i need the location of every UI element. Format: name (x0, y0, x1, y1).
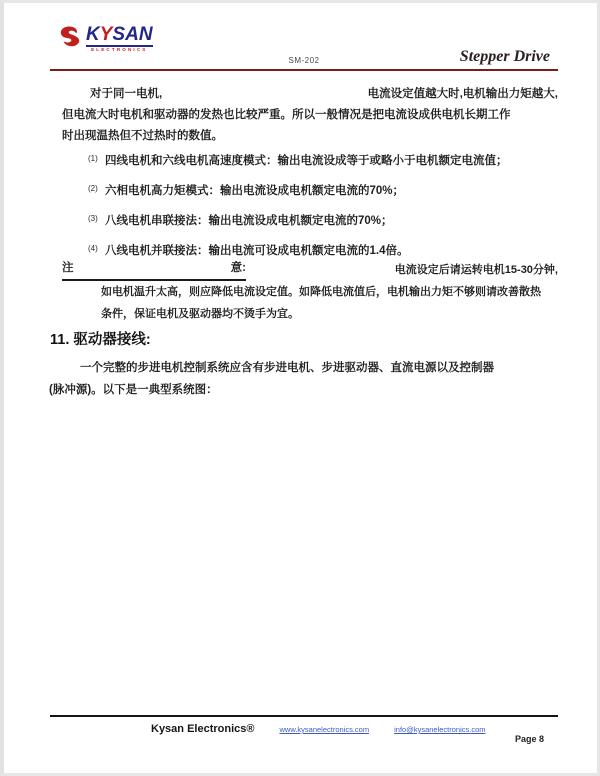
footer: Kysan Electronics® www.kysanelectronics.… (50, 723, 558, 735)
paragraph-current-setting: 对于同一电机, 电流设定值越大时,电机输出力矩越大, 但电流大时电机和驱动器的发… (62, 84, 558, 147)
list-text: 八线电机串联接法：输出电流设成电机额定电流的70%； (105, 212, 393, 228)
header-divider (50, 69, 558, 71)
note-label: 注 意: (62, 257, 246, 281)
footer-email-link[interactable]: info@kysanelectronics.com (394, 725, 485, 734)
list-marker: (2) (88, 182, 105, 193)
note-label-left: 注 (62, 257, 74, 279)
kysan-logo: KYSAN ELECTRONICS (57, 25, 157, 53)
logo-subtext: ELECTRONICS (86, 45, 153, 53)
note-block: 注 意: 电流设定后请运转电机15-30分钟, 如电机温升太高，则应降低电流设定… (62, 257, 558, 325)
section11-line2: (脉冲源)。以下是一典型系统图： (49, 379, 559, 401)
para1-line3: 时出现温热但不过热时的数值。 (62, 126, 558, 147)
note-line3: 条件，保证电机及驱动器均不烫手为宜。 (62, 303, 558, 325)
current-setting-list: (1) 四线电机和六线电机高速度模式：输出电流设成等于或略小于电机额定电流值； … (88, 152, 558, 272)
list-marker: (4) (88, 242, 105, 253)
section-heading-11: 11. 驱动器接线: (50, 328, 151, 349)
para1-line1-right: 电流设定值越大时,电机输出力矩越大, (368, 84, 558, 105)
list-item: (1) 四线电机和六线电机高速度模式：输出电流设成等于或略小于电机额定电流值； (88, 152, 558, 182)
logo-brand-text: KYSAN (86, 25, 153, 44)
document-title: Stepper Drive (460, 48, 550, 66)
note-line2: 如电机温升太高，则应降低电流设定值。如降低电流值后，电机输出力矩不够则请改善散热 (62, 281, 558, 303)
list-item: (2) 六相电机高力矩模式：输出电流设成电机额定电流的70%； (88, 182, 558, 212)
kysan-swirl-icon (57, 25, 83, 51)
footer-company-name: Kysan Electronics® (151, 723, 254, 735)
list-marker: (3) (88, 212, 105, 223)
footer-divider (50, 715, 558, 717)
para1-line2: 但电流大时电机和驱动器的发热也比较严重。所以一般情况是把电流设成供电机长期工作 (62, 105, 558, 126)
list-marker: (1) (88, 152, 105, 163)
list-item: (3) 八线电机串联接法：输出电流设成电机额定电流的70%； (88, 212, 558, 242)
list-text: 六相电机高力矩模式：输出电流设成电机额定电流的70%； (105, 182, 404, 198)
document-page: KYSAN ELECTRONICS SM-202 Stepper Drive 对… (0, 0, 600, 776)
list-text: 四线电机和六线电机高速度模式：输出电流设成等于或略小于电机额定电流值； (105, 152, 508, 168)
page-number: Page 8 (515, 734, 544, 744)
list-text: 八线电机并联接法：输出电流可设成电机额定电流的1.4倍。 (105, 242, 408, 258)
para1-line1-left: 对于同一电机, (62, 84, 162, 105)
section11-line1: 一个完整的步进电机控制系统应含有步进电机、步进驱动器、直流电源以及控制器 (49, 357, 559, 379)
footer-website-link[interactable]: www.kysanelectronics.com (279, 725, 369, 734)
section-11-paragraph: 一个完整的步进电机控制系统应含有步进电机、步进驱动器、直流电源以及控制器 (脉冲… (49, 357, 559, 401)
note-line1-right: 电流设定后请运转电机15-30分钟, (395, 259, 558, 281)
note-label-right: 意: (231, 257, 246, 279)
